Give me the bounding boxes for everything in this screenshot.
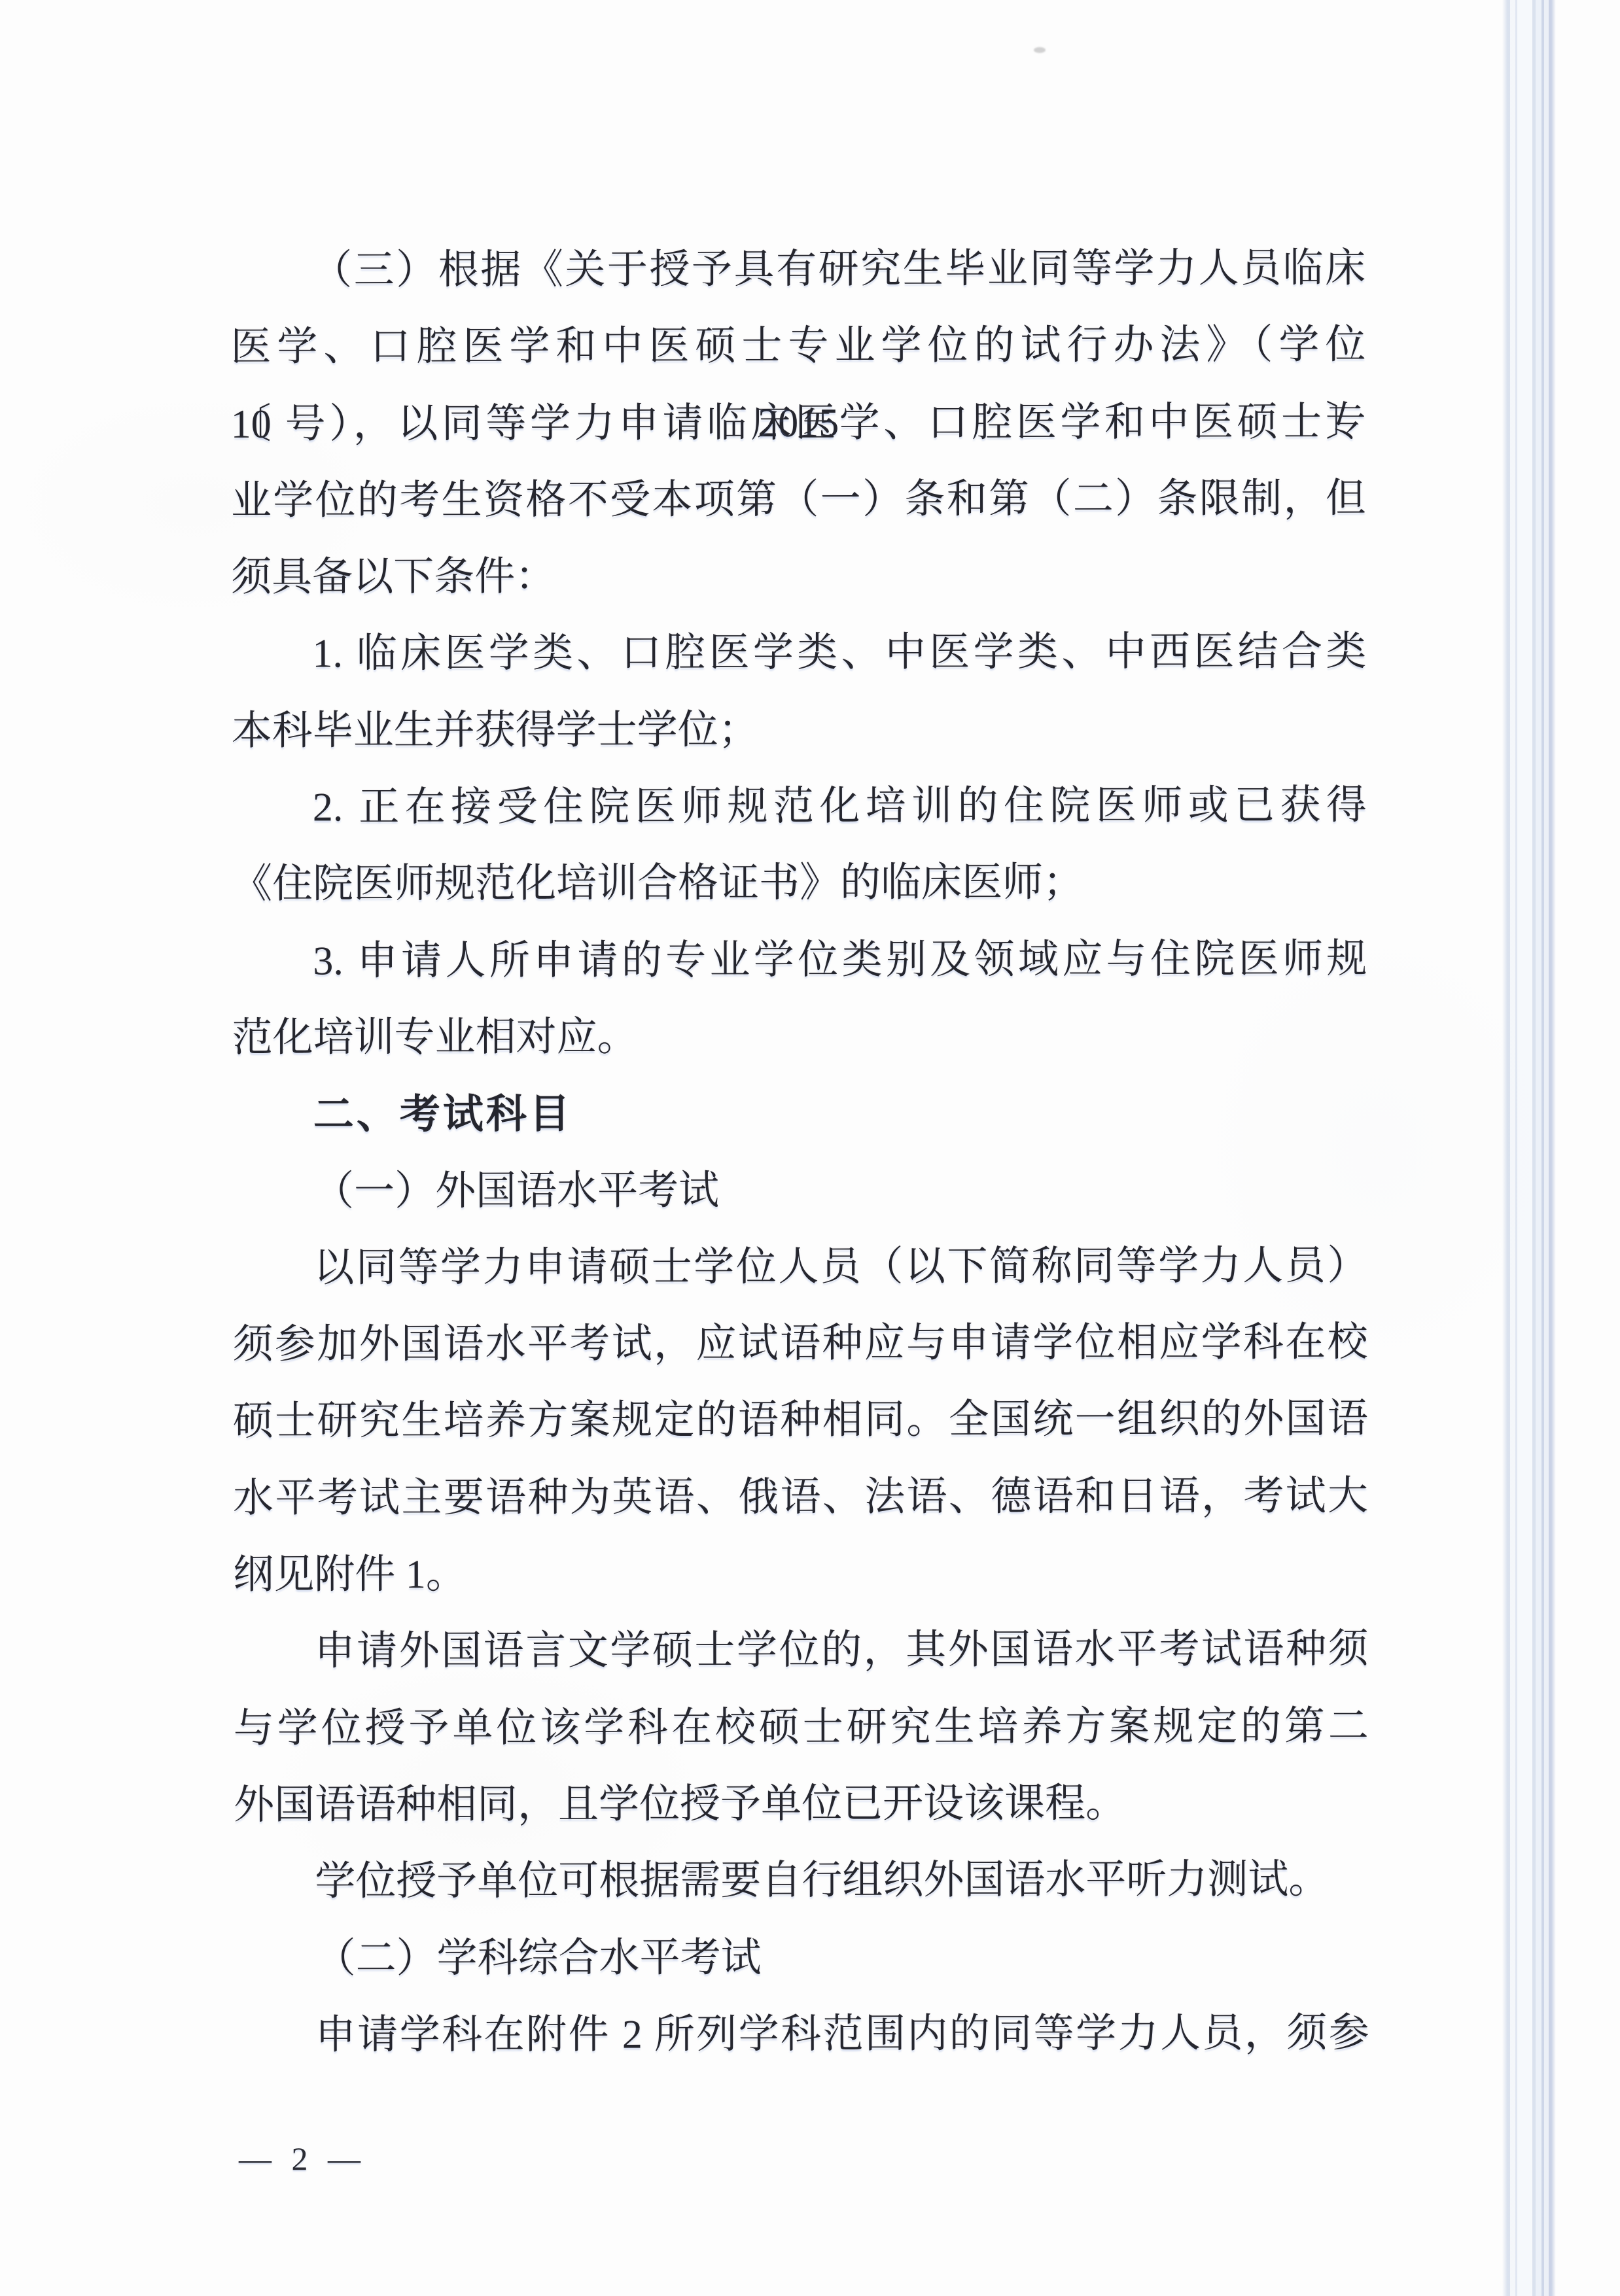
text-line: 水平考试主要语种为英语、俄语、法语、德语和日语，考试大	[233, 1458, 1368, 1537]
text-line: 10 号），以同等学力申请临床医学、口腔医学和中医硕士专	[231, 384, 1366, 463]
scan-speck	[1034, 47, 1046, 53]
text-line: （一）外国语水平考试	[232, 1151, 1367, 1230]
text-line: （二）学科综合水平考试	[234, 1919, 1369, 1998]
scanned-document-page: （三）根据《关于授予具有研究生毕业同等学力人员临床医学、口腔医学和中医硕士专业学…	[0, 0, 1620, 2296]
text-line: 《住院医师规范化培训合格证书》的临床医师；	[232, 844, 1367, 924]
text-line: 申请外国语言文学硕士学位的，其外国语水平考试语种须	[233, 1612, 1368, 1691]
text-line: （三）根据《关于授予具有研究生毕业同等学力人员临床	[230, 230, 1365, 309]
text-line: 学位授予单位可根据需要自行组织外国语水平听力测试。	[234, 1841, 1369, 1921]
page-number: — 2 —	[239, 2139, 366, 2178]
section-heading-line: 二、考试科目	[232, 1074, 1367, 1153]
document-body: （三）根据《关于授予具有研究生毕业同等学力人员临床医学、口腔医学和中医硕士专业学…	[230, 230, 1369, 2074]
text-line: 硕士研究生培养方案规定的语种相同。全国统一组织的外国语	[233, 1382, 1368, 1461]
text-line: 医学、口腔医学和中医硕士专业学位的试行办法》（学位〔2015〕	[230, 307, 1365, 386]
text-line: 2. 正在接受住院医师规范化培训的住院医师或已获得	[232, 767, 1367, 846]
text-line: 申请学科在附件 2 所列学科范围内的同等学力人员，须参	[234, 1995, 1369, 2074]
text-line: 业学位的考生资格不受本项第（一）条和第（二）条限制，但	[231, 461, 1366, 540]
text-line: 以同等学力申请硕士学位人员（以下简称同等学力人员）	[232, 1228, 1367, 1307]
text-line: 1. 临床医学类、口腔医学类、中医学类、中西医结合类	[231, 614, 1366, 693]
scanner-streak-band	[1502, 0, 1562, 2296]
text-line: 范化培训专业相对应。	[232, 998, 1367, 1077]
text-line: 本科毕业生并获得学士学位；	[232, 691, 1367, 770]
text-line: 须具备以下条件：	[231, 537, 1366, 616]
text-line: 外国语语种相同，且学位授予单位已开设该课程。	[234, 1765, 1369, 1844]
text-line: 与学位授予单位该学科在校硕士研究生培养方案规定的第二	[234, 1688, 1369, 1767]
text-line: 3. 申请人所申请的专业学位类别及领域应与住院医师规	[232, 921, 1367, 1000]
text-line: 须参加外国语水平考试，应试语种应与申请学位相应学科在校	[232, 1304, 1367, 1383]
text-line: 纲见附件 1。	[233, 1535, 1368, 1614]
